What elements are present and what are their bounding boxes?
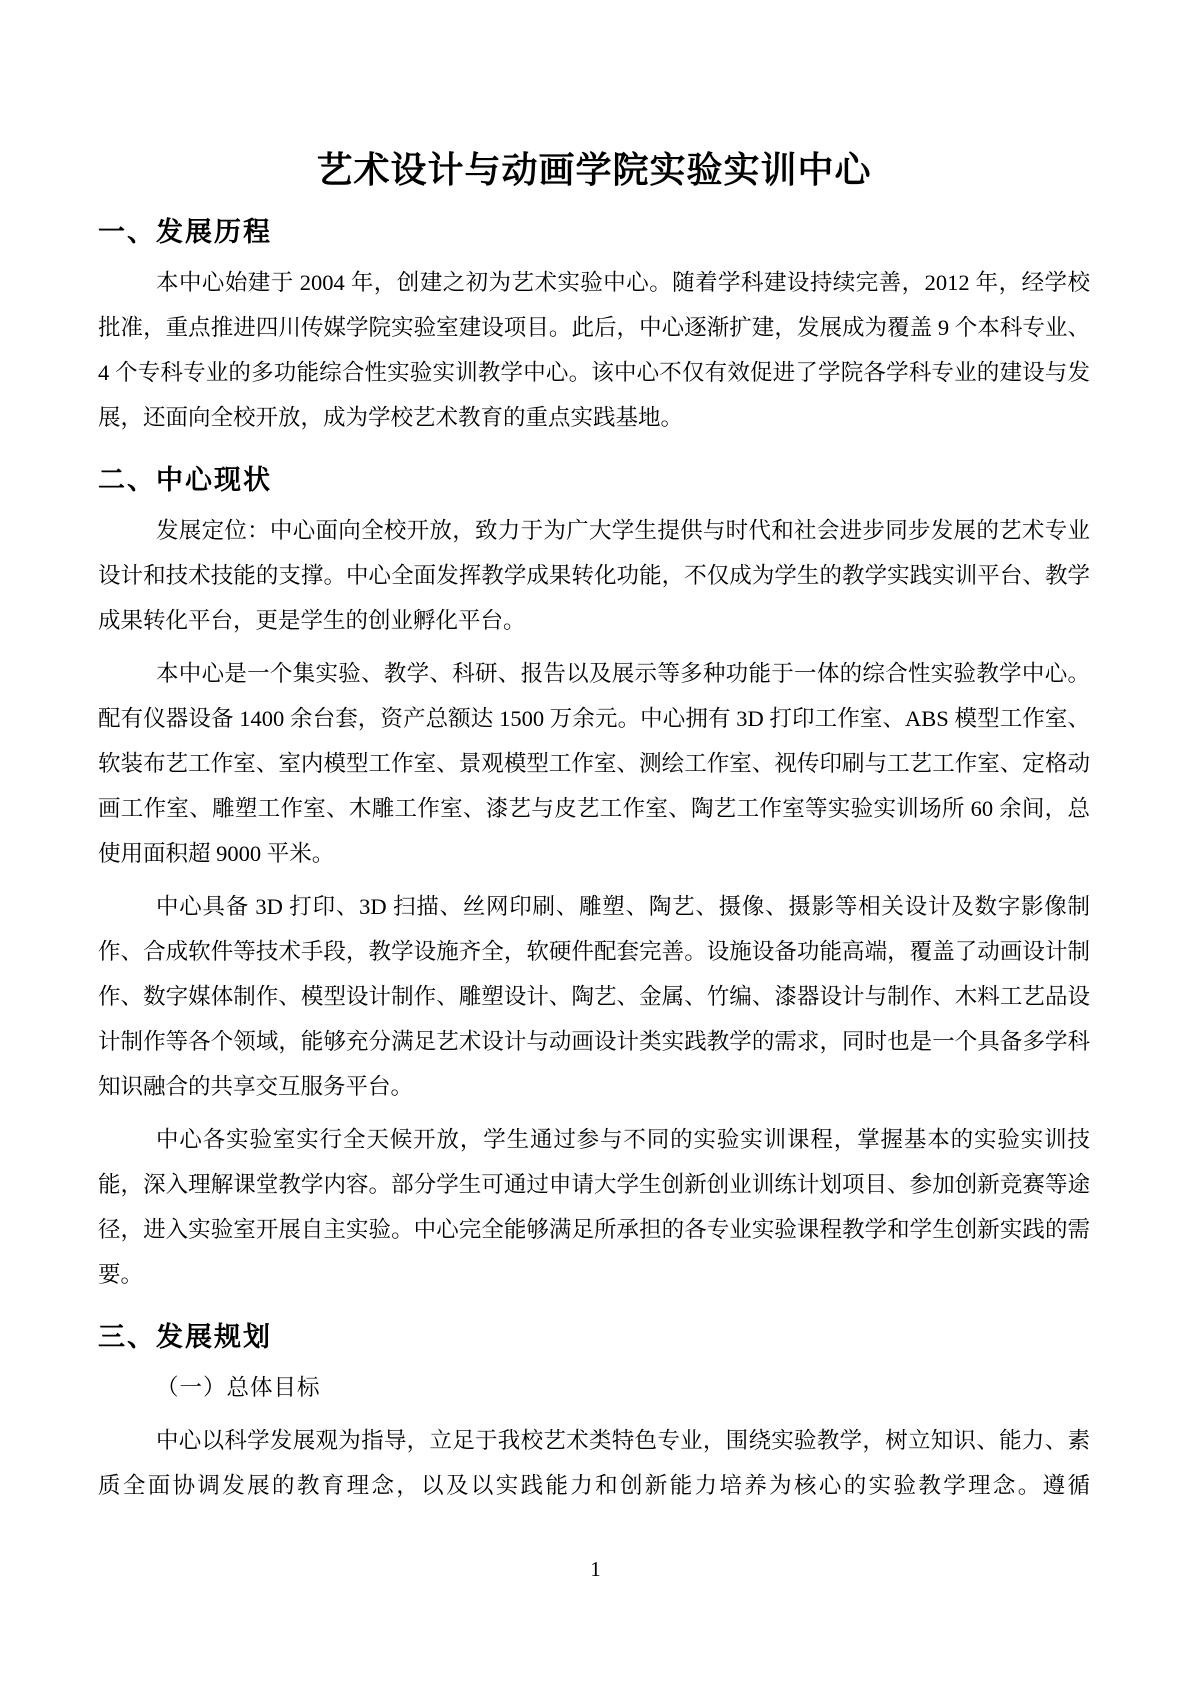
section-heading-development-plan: 三、发展规划: [98, 1317, 1090, 1357]
paragraph-history-overview: 本中心始建于 2004 年，创建之初为艺术实验中心。随着学科建设持续完善，201…: [98, 260, 1090, 440]
paragraph-overall-goal: 中心以科学发展观为指导，立足于我校艺术类特色专业，围绕实验教学，树立知识、能力、…: [98, 1418, 1090, 1508]
section-heading-development-history: 一、发展历程: [98, 212, 1090, 252]
page-number: 1: [0, 1556, 1191, 1582]
paragraph-facilities: 本中心是一个集实验、教学、科研、报告以及展示等多种功能于一体的综合性实验教学中心…: [98, 651, 1090, 876]
document-page: 艺术设计与动画学院实验实训中心 一、发展历程 本中心始建于 2004 年，创建之…: [0, 0, 1191, 1684]
paragraph-positioning: 发展定位：中心面向全校开放，致力于为广大学生提供与时代和社会进步同步发展的艺术专…: [98, 508, 1090, 643]
doc-title: 艺术设计与动画学院实验实训中心: [98, 148, 1090, 192]
section-heading-center-status: 二、中心现状: [98, 460, 1090, 500]
sub-heading-overall-goal: （一）总体目标: [98, 1365, 1090, 1410]
paragraph-open-access: 中心各实验室实行全天候开放，学生通过参与不同的实验实训课程，掌握基本的实验实训技…: [98, 1117, 1090, 1297]
paragraph-capabilities: 中心具备 3D 打印、3D 扫描、丝网印刷、雕塑、陶艺、摄像、摄影等相关设计及数…: [98, 884, 1090, 1109]
